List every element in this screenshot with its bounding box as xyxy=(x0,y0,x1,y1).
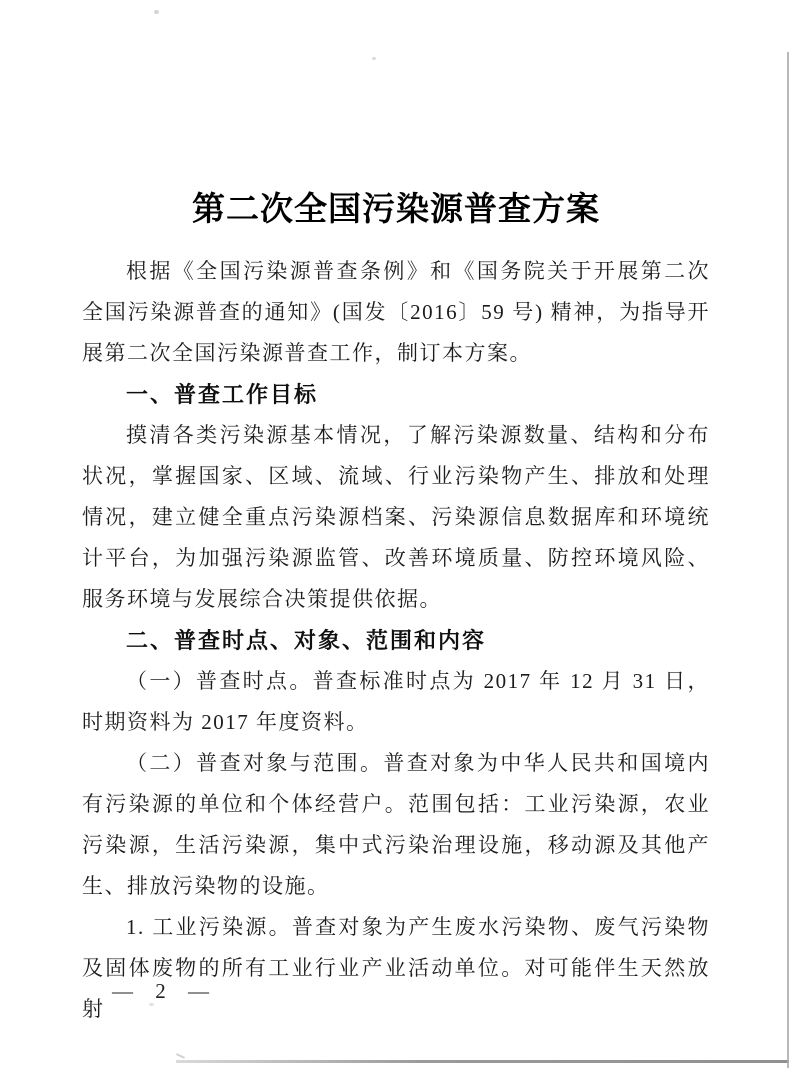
scan-speck xyxy=(372,57,376,60)
document-body: 根据《全国污染源普查条例》和《国务院关于开展第二次全国污染源普查的通知》(国发〔… xyxy=(82,251,710,1030)
paragraph-census-time: （一）普查时点。普查标准时点为 2017 年 12 月 31 日，时期资料为 2… xyxy=(82,661,710,743)
paragraph-industrial-sources: 1. 工业污染源。普查对象为产生废水污染物、废气污染物及固体废物的所有工业行业产… xyxy=(82,907,710,1030)
scan-edge-shadow-bottom xyxy=(176,1060,789,1063)
document-title: 第二次全国污染源普查方案 xyxy=(82,183,710,230)
paragraph-preamble: 根据《全国污染源普查条例》和《国务院关于开展第二次全国污染源普查的通知》(国发〔… xyxy=(82,251,710,374)
scan-edge-tick xyxy=(176,1053,185,1059)
paragraph-census-goals: 摸清各类污染源基本情况，了解污染源数量、结构和分布状况，掌握国家、区域、流域、行… xyxy=(82,415,710,620)
paragraph-census-objects: （二）普查对象与范围。普查对象为中华人民共和国境内有污染源的单位和个体经营户。范… xyxy=(82,743,710,907)
section-heading-census-goals: 一、普查工作目标 xyxy=(82,374,710,415)
scan-speck xyxy=(149,1003,154,1006)
page-number: — 2 — xyxy=(112,978,214,1004)
document-page: 第二次全国污染源普查方案 根据《全国污染源普查条例》和《国务院关于开展第二次全国… xyxy=(0,0,789,1068)
scan-speck xyxy=(154,10,159,14)
section-heading-census-scope: 二、普查时点、对象、范围和内容 xyxy=(82,620,710,661)
